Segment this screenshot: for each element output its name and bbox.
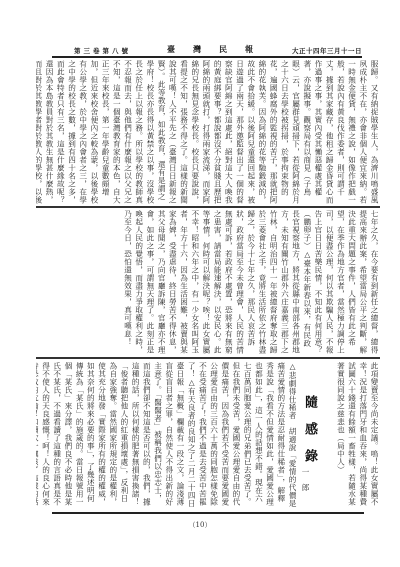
text-tier-bottom-right: 此項變賣至今尚未定議。嗚！此女實屬不幸！況是打落門牙和血吞來，尚得某種費試圖六十…: [318, 362, 380, 510]
text-tier-middle: 七年之久，在今要有到新任之總督，總得提高來辦此案，希望當局公平之判斷，解決此重大…: [36, 210, 380, 355]
newspaper-header: 第三卷第八號 臺灣民報 大正十四年三月十一日: [52, 42, 362, 56]
divider-line: [36, 357, 380, 359]
body-text: 此項變賣至今尚未定議。嗚！此女實屬不幸！況是打落門牙和血吞來，尚得某種費試圖六十…: [335, 362, 380, 510]
text-tier-bottom-left: △悲劇得仕稀者 胡適說「愛情的代價是痛苦愛情的方法是忍耐得仕稀者」，解釋秀是說「…: [36, 362, 298, 510]
article-title: 隨感錄: [300, 395, 319, 476]
divider-line: [205, 206, 380, 208]
body-text: 七年之久，在今要有到新任之總督，總得提高來辦此案，希望當局公平之判斷，解決此重大…: [122, 210, 380, 355]
footer-rule: [52, 512, 364, 514]
body-text: △悲劇得仕稀者 胡適說「愛情的代價是痛苦愛情的方法是忍耐得仕稀者」，解釋秀是說「…: [36, 362, 298, 510]
page-number: （10）: [0, 520, 400, 530]
body-text: 服歸。又有納捉賊學生人，為濟川鳴盛風夙成朴主不在，亦會非個人便宜來納。若一時無金…: [36, 60, 380, 205]
text-tier-top: 服歸。又有納捉賊學生人，為濟川鳴盛風夙成朴主不在，亦會非個人便宜來納。若一時無金…: [36, 60, 380, 205]
newspaper-title: 臺灣民報: [167, 44, 271, 55]
issue-number: 第三卷第八號: [74, 46, 131, 55]
header-rule: [52, 56, 362, 58]
publication-date: 大正十四年三月十一日: [292, 46, 362, 55]
divider-line: [36, 206, 206, 208]
article-author: 一郎: [300, 468, 311, 499]
